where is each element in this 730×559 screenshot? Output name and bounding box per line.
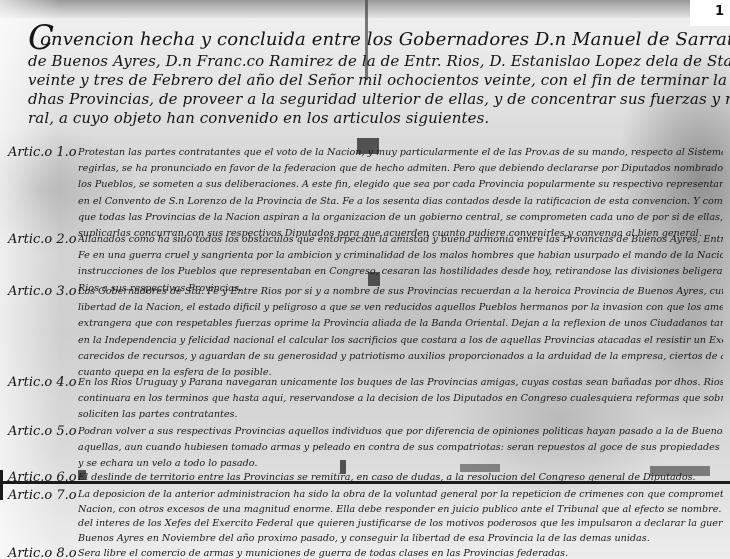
article-line: libertad de la Nacion, el estado dificil… xyxy=(78,300,723,316)
article-line: Allanados como ha sido todos los obstacu… xyxy=(78,232,723,248)
article-body: Protestan las partes contratantes que el… xyxy=(78,145,723,242)
article-body: Podran volver a sus respectivas Provinci… xyxy=(78,424,723,473)
article-line: La deposicion de la anterior administrac… xyxy=(78,488,723,503)
article-line: en la Independencia y felicidad nacional… xyxy=(78,333,723,349)
document-title: Convencion hecha y concluida entre los G… xyxy=(28,26,718,128)
article-label: Artic.o 6.o xyxy=(8,470,77,485)
article-line: los Pueblos, se someten a sus deliberaci… xyxy=(78,177,723,193)
title-line: veinte y tres de Febrero del año del Señ… xyxy=(28,71,718,90)
article-label: Artic.o 2.o xyxy=(8,232,77,247)
article-line: Fe en una guerra cruel y sangrienta por … xyxy=(78,248,723,264)
article-body: El deslinde de territorio entre las Prov… xyxy=(78,470,723,486)
article-body: La deposicion de la anterior administrac… xyxy=(78,488,723,546)
article-label: Artic.o 1.o xyxy=(8,145,77,160)
article-label: Artic.o 5.o xyxy=(8,424,77,439)
title-line: de Buenos Ayres, D.n Franc.co Ramirez de… xyxy=(28,52,718,71)
article-line: aquellas, aun cuando hubiesen tomado arm… xyxy=(78,440,723,456)
article-body: Sera libre el comercio de armas y munici… xyxy=(78,546,723,559)
article-line: Sera libre el comercio de armas y munici… xyxy=(78,546,723,559)
article-line: En los Rios Uruguay y Parana navegaran u… xyxy=(78,375,723,391)
article-line: Nacion, con otros excesos de una magnitu… xyxy=(78,503,723,518)
article-label: Artic.o 3.o xyxy=(8,284,77,299)
article-line: Buenos Ayres en Noviembre del año proxim… xyxy=(78,532,723,547)
article-line: instrucciones de los Pueblos que represe… xyxy=(78,264,723,280)
article-line: carecidos de recursos, y aguardan de su … xyxy=(78,349,723,365)
article-line: en el Convento de S.n Lorenzo de la Prov… xyxy=(78,194,723,210)
page-corner: 1 xyxy=(690,0,730,26)
page-number: 1 xyxy=(715,4,724,19)
vertical-rule-mark xyxy=(0,470,3,500)
article-line: El deslinde de territorio entre las Prov… xyxy=(78,470,723,486)
title-line: ral, a cuyo objeto han convenido en los … xyxy=(28,109,718,128)
article-line: Los Gobernadores de Sta. Fe y Entre Rios… xyxy=(78,284,723,300)
article-line: Podran volver a sus respectivas Provinci… xyxy=(78,424,723,440)
scanned-document-page: 1 Convencion hecha y concluida entre los… xyxy=(0,0,730,559)
title-line: Convencion hecha y concluida entre los G… xyxy=(28,26,718,52)
article-label: Artic.o 8.o xyxy=(8,546,77,559)
article-body: En los Rios Uruguay y Parana navegaran u… xyxy=(78,375,723,424)
title-line-text: onvencion hecha y concluida entre los Go… xyxy=(40,29,730,50)
article-line: soliciten las partes contratantes. xyxy=(78,407,723,423)
article-line: que todas las Provincias de la Nacion as… xyxy=(78,210,723,226)
article-line: continuara en los terminos que hasta aqu… xyxy=(78,391,723,407)
article-label: Artic.o 7.o xyxy=(8,488,77,503)
title-line: dhas Provincias, de proveer a la segurid… xyxy=(28,90,718,109)
article-line: del interes de los Xefes del Exercito Fe… xyxy=(78,517,723,532)
article-line: regirlas, se ha pronunciado en favor de … xyxy=(78,161,723,177)
article-label: Artic.o 4.o xyxy=(8,375,77,390)
article-line: extrangera que con respetables fuerzas o… xyxy=(78,316,723,332)
article-body: Los Gobernadores de Sta. Fe y Entre Rios… xyxy=(78,284,723,381)
article-line: Protestan las partes contratantes que el… xyxy=(78,145,723,161)
